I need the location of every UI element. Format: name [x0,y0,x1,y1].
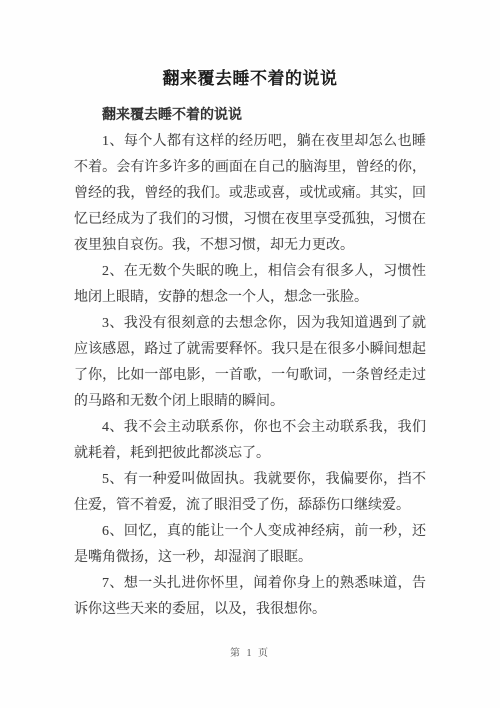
document-title: 翻来覆去睡不着的说说 [0,0,500,91]
page-number: 第 1 页 [0,644,500,659]
document-page: 翻来覆去睡不着的说说 翻来覆去睡不着的说说 1、每个人都有这样的经历吧，躺在夜里… [0,0,500,708]
document-body: 翻来覆去睡不着的说说 1、每个人都有这样的经历吧，躺在夜里却怎么也睡不着。会有许… [74,103,426,623]
paragraph-5: 5、有一种爱叫做固执。我就要你，我偏要你，挡不住爱，管不着爱，流了眼泪受了伤，舔… [74,467,426,519]
paragraph-2: 2、在无数个失眠的晚上，相信会有很多人，习惯性地闭上眼睛，安静的想念一个人，想念… [74,259,426,311]
paragraph-1: 1、每个人都有这样的经历吧，躺在夜里却怎么也睡不着。会有许多许多的画面在自己的脑… [74,129,426,259]
paragraph-6: 6、回忆，真的能让一个人变成神经病，前一秒，还是嘴角微扬，这一秒，却湿润了眼眶。 [74,519,426,571]
paragraph-3: 3、我没有很刻意的去想念你，因为我知道遇到了就应该感恩，路过了就需要释怀。我只是… [74,311,426,415]
paragraph-4: 4、我不会主动联系你，你也不会主动联系我，我们就耗着，耗到把彼此都淡忘了。 [74,415,426,467]
document-subtitle: 翻来覆去睡不着的说说 [74,103,426,129]
paragraph-7: 7、想一头扎进你怀里，闻着你身上的熟悉味道，告诉你这些天来的委屈，以及，我很想你… [74,571,426,623]
